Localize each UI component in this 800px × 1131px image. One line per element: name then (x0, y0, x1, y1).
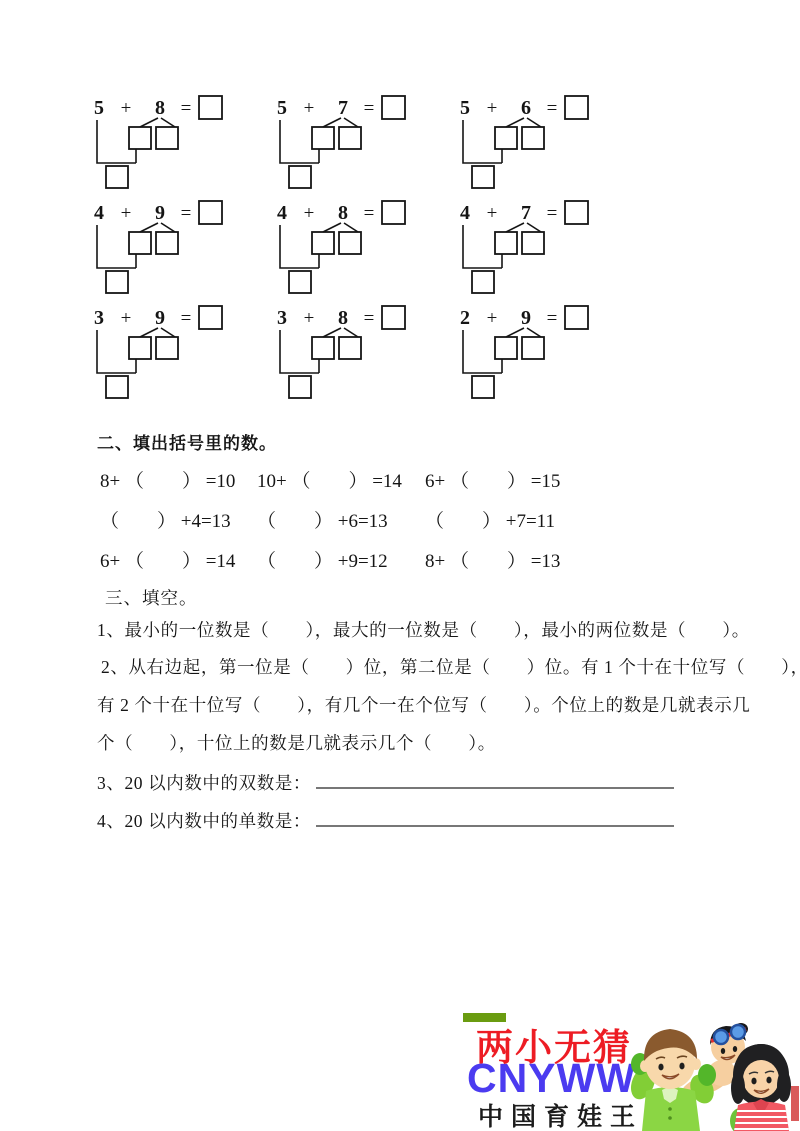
equals-sign: = (364, 98, 375, 119)
sum-box (289, 376, 311, 398)
section-two-problems: 8+ （ ） =10 10+ （ ） =14 6+ （ ） =15 （ ） +4… (100, 462, 700, 582)
plus-sign: + (304, 203, 315, 224)
addend-1: 2 (460, 307, 470, 329)
part-box-right (522, 337, 544, 359)
bracket-problem: 10+ （ ） =14 (257, 462, 425, 502)
equals-sign: = (547, 308, 558, 329)
equals-sign: = (547, 203, 558, 224)
plus-sign: + (487, 98, 498, 119)
answer-box (382, 306, 405, 329)
bond-problem-6: 4 + 7 = (451, 195, 634, 300)
part-box-right (339, 232, 361, 254)
answer-box (199, 96, 222, 119)
sum-box (106, 166, 128, 188)
addend-2: 8 (155, 97, 165, 119)
part-box-left (312, 232, 334, 254)
part-box-left (129, 127, 151, 149)
answer-box (565, 201, 588, 224)
sum-box (106, 271, 128, 293)
worksheet-page: 5 + 8 = 5 + 7 = 5 + 6 = (0, 0, 800, 1131)
part-box-right (522, 232, 544, 254)
cartoon-kids-illustration (610, 1003, 795, 1131)
addend-1: 5 (277, 97, 287, 119)
fill-blank-item-2-line-1: 2、从右边起，第一位是（ ）位，第二位是（ ）位。有 1 个十在十位写（ ）， (97, 654, 800, 679)
part-box-left (129, 232, 151, 254)
addend-2: 7 (521, 202, 531, 224)
part-box-right (339, 127, 361, 149)
part-box-left (129, 337, 151, 359)
addend-1: 4 (460, 202, 470, 224)
addend-1: 4 (94, 202, 104, 224)
part-box-left (312, 127, 334, 149)
bracket-problem: 8+ （ ） =10 (100, 462, 257, 502)
fill-blank-item-2-line-3: 个（ ），十位上的数是几就表示几个（ ）。 (97, 730, 496, 755)
fill-blank-item-4: 4、20 以内数中的单数是： (97, 808, 674, 833)
answer-box (199, 201, 222, 224)
addend-2: 8 (338, 307, 348, 329)
bracket-problem: （ ） +6=13 (257, 502, 425, 542)
addend-2: 6 (521, 97, 531, 119)
split-lines (323, 118, 358, 127)
equals-sign: = (364, 203, 375, 224)
fill-blank-item-3-label: 3、20 以内数中的双数是： (97, 773, 311, 793)
bond-problem-8: 3 + 8 = (268, 300, 451, 405)
answer-box (565, 96, 588, 119)
part-box-left (495, 337, 517, 359)
bond-problem-9: 2 + 9 = (451, 300, 634, 405)
plus-sign: + (304, 308, 315, 329)
addend-1: 3 (277, 307, 287, 329)
answer-box (382, 96, 405, 119)
answer-box (382, 201, 405, 224)
section-bond-problems: 5 + 8 = 5 + 7 = 5 + 6 = (85, 90, 634, 405)
sum-box (472, 166, 494, 188)
section-three-heading: 三、填空。 (105, 585, 198, 610)
fill-blank-item-2-line-2: 有 2 个十在十位写（ ），有几个一在个位写（ ）。个位上的数是几就表示几 (97, 692, 750, 717)
part-box-right (522, 127, 544, 149)
addend-1: 5 (94, 97, 104, 119)
split-lines (506, 223, 541, 232)
answer-blank-line (316, 810, 674, 827)
part-box-left (495, 127, 517, 149)
cartoon-boy-green-shirt (626, 1029, 718, 1131)
split-lines (323, 223, 358, 232)
bond-problem-4: 4 + 9 = (85, 195, 268, 300)
split-lines (323, 328, 358, 337)
split-lines (140, 328, 175, 337)
addend-1: 4 (277, 202, 287, 224)
addend-2: 9 (521, 307, 531, 329)
plus-sign: + (121, 308, 132, 329)
addend-1: 5 (460, 97, 470, 119)
answer-box (565, 306, 588, 329)
split-lines (506, 328, 541, 337)
split-lines (140, 118, 175, 127)
bracket-problem: 6+ （ ） =14 (100, 542, 257, 582)
addend-1: 3 (94, 307, 104, 329)
equals-sign: = (181, 308, 192, 329)
sum-box (289, 166, 311, 188)
part-box-left (495, 232, 517, 254)
fill-blank-item-4-label: 4、20 以内数中的单数是： (97, 811, 311, 831)
equals-sign: = (181, 98, 192, 119)
bond-problem-2: 5 + 7 = (268, 90, 451, 195)
split-lines (140, 223, 175, 232)
sum-box (472, 271, 494, 293)
addend-2: 8 (338, 202, 348, 224)
part-box-right (156, 232, 178, 254)
equals-sign: = (547, 98, 558, 119)
sum-box (106, 376, 128, 398)
part-box-right (339, 337, 361, 359)
cartoon-girl (730, 1044, 792, 1131)
plus-sign: + (121, 203, 132, 224)
plus-sign: + (487, 308, 498, 329)
equals-sign: = (181, 203, 192, 224)
equals-sign: = (364, 308, 375, 329)
bond-problem-5: 4 + 8 = (268, 195, 451, 300)
addend-2: 7 (338, 97, 348, 119)
sum-box (472, 376, 494, 398)
bond-problem-7: 3 + 9 = (85, 300, 268, 405)
sum-box (289, 271, 311, 293)
bracket-problem: （ ） +7=11 (425, 502, 700, 542)
section-two-heading: 二、填出括号里的数。 (97, 429, 277, 454)
part-box-right (156, 127, 178, 149)
addend-2: 9 (155, 202, 165, 224)
plus-sign: + (304, 98, 315, 119)
addend-2: 9 (155, 307, 165, 329)
answer-box (199, 306, 222, 329)
fill-blank-item-3: 3、20 以内数中的双数是： (97, 770, 674, 795)
plus-sign: + (487, 203, 498, 224)
part-box-right (156, 337, 178, 359)
fill-blank-item-1: 1、最小的一位数是（ ），最大的一位数是（ ），最小的两位数是（ ）。 (97, 617, 750, 642)
bracket-problem: （ ） +4=13 (100, 502, 257, 542)
answer-blank-line (316, 772, 674, 789)
bracket-problem: 8+ （ ） =13 (425, 542, 700, 582)
bond-problem-1: 5 + 8 = (85, 90, 268, 195)
bond-problem-3: 5 + 6 = (451, 90, 634, 195)
bracket-problem: 6+ （ ） =15 (425, 462, 700, 502)
split-lines (506, 118, 541, 127)
part-box-left (312, 337, 334, 359)
bracket-problem: （ ） +9=12 (257, 542, 425, 582)
plus-sign: + (121, 98, 132, 119)
